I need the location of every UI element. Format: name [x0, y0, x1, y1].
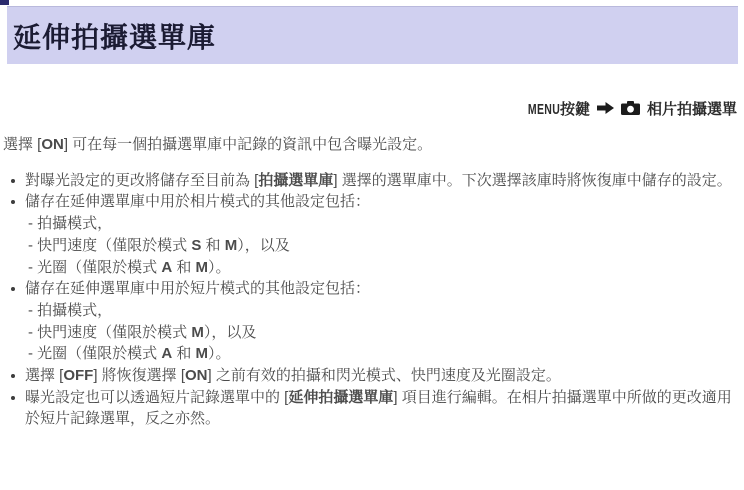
settings-list: 對曝光設定的更改將儲存至目前為 [拍攝選單庫] 選擇的選單庫中。下次選擇該庫時將… [3, 170, 739, 430]
list-item-video-menu-edit: 曝光設定也可以透過短片記錄選單中的 [延伸拍攝選單庫] 項目進行編輯。在相片拍攝… [3, 387, 739, 430]
top-left-fragment [0, 0, 9, 5]
breadcrumb-destination: 相片拍攝選單 [647, 98, 737, 119]
intro-paragraph: 選擇 [ON] 可在每一個拍攝選單庫中記錄的資訊中包含曝光設定。 [3, 134, 739, 156]
list-item-head: 儲存在延伸選單庫中用於相片模式的其他設定包括： [25, 191, 739, 213]
page-header: 延伸拍攝選單庫 [7, 6, 738, 64]
list-item-off-restore: 選擇 [OFF] 將恢復選擇 [ON] 之前有效的拍攝和閃光模式、快門速度及光圈… [3, 365, 739, 387]
list-item-bank-save: 對曝光設定的更改將儲存至目前為 [拍攝選單庫] 選擇的選單庫中。下次選擇該庫時將… [3, 170, 739, 192]
breadcrumb: MENU按鍵 相片拍攝選單 [528, 97, 737, 119]
sub-item-shooting-mode: - 拍攝模式， [25, 213, 739, 235]
main-content: 選擇 [ON] 可在每一個拍攝選單庫中記錄的資訊中包含曝光設定。 對曝光設定的更… [3, 134, 739, 430]
page-title: 延伸拍攝選單庫 [13, 16, 216, 56]
list-item-video-mode-settings: 儲存在延伸選單庫中用於短片模式的其他設定包括： - 拍攝模式， - 快門速度（僅… [3, 278, 739, 365]
sub-item-shutter-speed: - 快門速度（僅限於模式 S 和 M），以及 [25, 235, 739, 257]
camera-icon [621, 101, 640, 115]
arrow-right-icon [597, 102, 614, 114]
menu-button-label: MENU [528, 101, 560, 118]
sub-item-aperture: - 光圈（僅限於模式 A 和 M）。 [25, 257, 739, 279]
sub-item-aperture: - 光圈（僅限於模式 A 和 M）。 [25, 343, 739, 365]
sub-item-shooting-mode: - 拍攝模式， [25, 300, 739, 322]
menu-button-path: MENU按鍵 [528, 98, 590, 119]
manual-page: 延伸拍攝選單庫 MENU按鍵 相片拍攝選單 選擇 [ON] 可在每一個拍攝選單庫… [0, 0, 744, 490]
menu-key-suffix: 按鍵 [560, 101, 590, 118]
list-item-photo-mode-settings: 儲存在延伸選單庫中用於相片模式的其他設定包括： - 拍攝模式， - 快門速度（僅… [3, 191, 739, 278]
sub-item-shutter-speed: - 快門速度（僅限於模式 M），以及 [25, 322, 739, 344]
list-item-head: 儲存在延伸選單庫中用於短片模式的其他設定包括： [25, 278, 739, 300]
